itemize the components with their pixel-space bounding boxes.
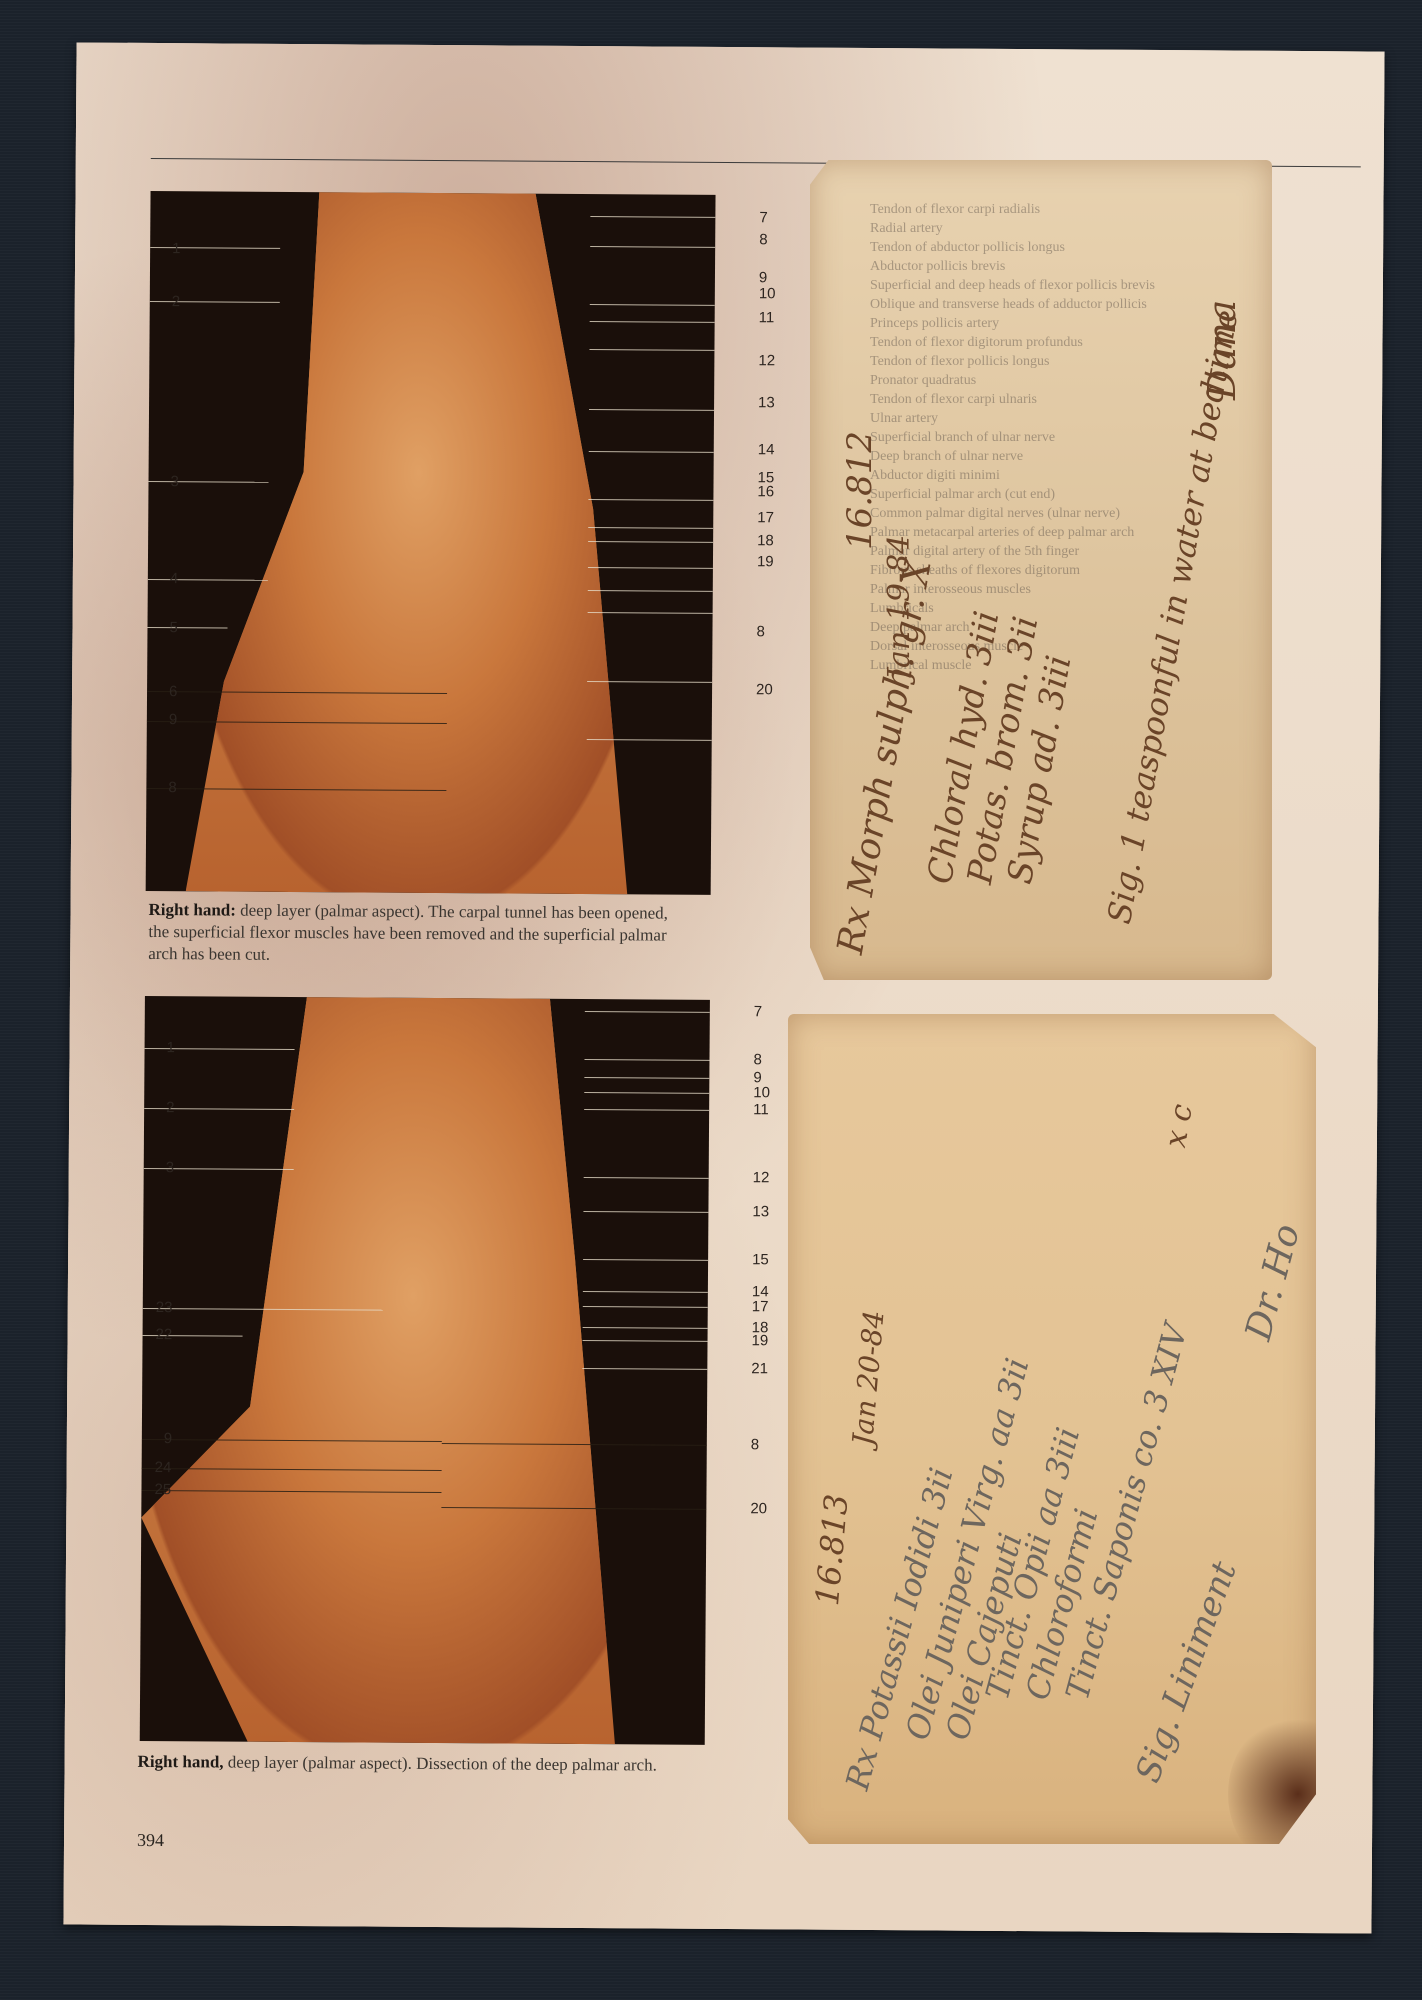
label-left: 9 bbox=[164, 1430, 172, 1447]
card-number: 16.813 bbox=[808, 1492, 856, 1607]
label-right: 11 bbox=[753, 1101, 769, 1118]
card-number: 16.812 bbox=[840, 431, 880, 550]
label-right: 12 bbox=[753, 1169, 770, 1186]
label-left: 3 bbox=[166, 1159, 174, 1176]
label-left: 22 bbox=[156, 1326, 173, 1343]
label-left: 1 bbox=[167, 1039, 175, 1056]
caption-bold: Right hand, bbox=[138, 1752, 224, 1772]
label-left: 3 bbox=[170, 473, 178, 490]
label-right: 8 bbox=[751, 1436, 759, 1453]
label-right: 9 bbox=[759, 269, 767, 286]
caption-text: deep layer (palmar aspect). Dissection o… bbox=[228, 1753, 657, 1775]
label-left: 4 bbox=[170, 570, 178, 587]
label-left: 23 bbox=[156, 1299, 173, 1316]
label-right: 19 bbox=[751, 1332, 768, 1349]
label-right: 11 bbox=[759, 309, 775, 326]
prescription-card-bottom: 16.813 Jan 20-84 Rx Potassii Iodidi 3ii … bbox=[788, 1014, 1316, 1844]
bottom-anatomy-plate bbox=[140, 996, 710, 1745]
sig-line: Sig. Liniment bbox=[1128, 1556, 1245, 1787]
card-date: Jan 20-84 bbox=[846, 1309, 891, 1447]
label-left: 2 bbox=[172, 293, 180, 310]
label-left: 1 bbox=[172, 240, 180, 257]
refill-mark: x c bbox=[1158, 1101, 1200, 1150]
prescriber-name: Dana bbox=[1200, 300, 1244, 400]
label-right: 10 bbox=[753, 1084, 770, 1101]
label-left: 25 bbox=[154, 1481, 171, 1498]
label-right: 10 bbox=[759, 285, 776, 302]
label-right: 7 bbox=[759, 209, 767, 226]
label-right: 15 bbox=[752, 1251, 769, 1268]
label-right: 20 bbox=[750, 1500, 767, 1517]
caption-bold: Right hand: bbox=[148, 900, 236, 920]
label-right: 8 bbox=[753, 1051, 761, 1068]
top-anatomy-plate bbox=[146, 191, 716, 895]
label-left: 24 bbox=[155, 1459, 172, 1476]
label-left: 9 bbox=[169, 711, 177, 728]
top-figure-caption: Right hand: deep layer (palmar aspect). … bbox=[148, 899, 688, 969]
label-right: 12 bbox=[758, 352, 775, 369]
label-right: 13 bbox=[758, 394, 775, 411]
prescriber-name: Dr. Ho bbox=[1238, 1220, 1308, 1345]
prescription-card-top: Tendon of flexor carpi radialisRadial ar… bbox=[810, 160, 1272, 980]
label-right: 7 bbox=[754, 1003, 762, 1020]
label-left: 5 bbox=[169, 619, 177, 636]
label-left: 8 bbox=[168, 779, 176, 796]
label-right: 18 bbox=[757, 532, 774, 549]
label-right: 21 bbox=[751, 1360, 768, 1377]
label-right: 17 bbox=[752, 1298, 769, 1315]
label-right: 14 bbox=[758, 441, 775, 458]
label-right: 8 bbox=[759, 231, 767, 248]
label-right: 13 bbox=[752, 1203, 769, 1220]
label-right: 17 bbox=[757, 509, 774, 526]
label-right: 20 bbox=[756, 681, 773, 698]
bottom-figure-caption: Right hand, deep layer (palmar aspect). … bbox=[138, 1751, 698, 1777]
page-number: 394 bbox=[137, 1830, 164, 1851]
label-right: 8 bbox=[756, 623, 764, 640]
label-right: 16 bbox=[757, 483, 774, 500]
label-left: 6 bbox=[169, 683, 177, 700]
label-right: 19 bbox=[757, 553, 774, 570]
label-left: 2 bbox=[166, 1099, 174, 1116]
